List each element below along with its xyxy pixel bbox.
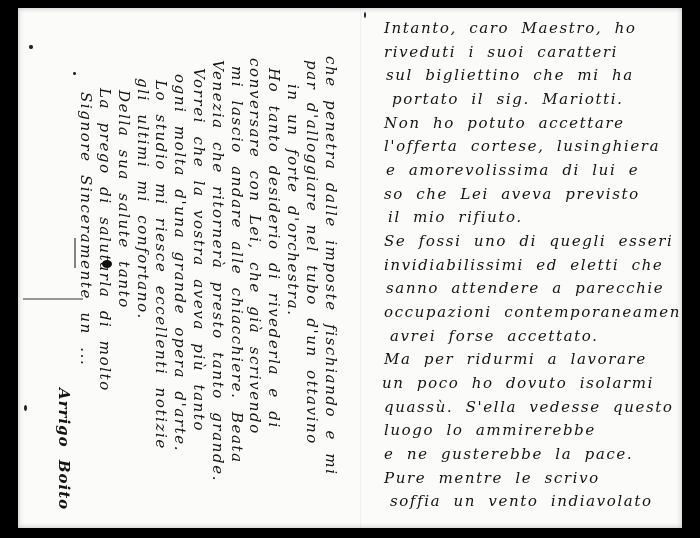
left-line-13: La prego di salutarla di molto — [96, 88, 114, 392]
left-line-12: Della sua salute tanto — [115, 90, 133, 309]
right-line-4: portato il sig. Mariotti. — [392, 90, 624, 108]
left-line-6: mi lascio andare alle chiacchiere. Beata — [228, 66, 246, 464]
left-line-7: Venezia che ritornerà presto tanto grand… — [209, 60, 227, 482]
right-line-12: sanno attendere a parecchie — [386, 279, 664, 297]
right-line-14: avrei forse accettato. — [390, 327, 599, 345]
left-line-1: che penetra dalle imposte fischiando e m… — [322, 56, 340, 476]
left-line-5: conversare con Lei, che già scrivendo — [246, 58, 264, 435]
left-line-11: gli ultimi mi confortano. — [134, 78, 152, 320]
right-line-15: Ma per ridurmi a lavorare — [384, 350, 647, 368]
left-line-3: in un forte d'orchestra. — [284, 84, 302, 317]
right-line-9: il mio rifiuto. — [388, 208, 523, 226]
right-line-21: soffia un vento indiavolato — [390, 492, 653, 510]
right-line-1: Intanto, caro Maestro, ho — [384, 19, 636, 37]
left-line-9: ogni molta d'una grande opera d'arte. — [171, 74, 189, 452]
right-line-8: so che Lei aveva previsto — [384, 185, 640, 203]
right-line-6: l'offerta cortese, lusinghiera — [384, 137, 660, 155]
left-page: che penetra dalle imposte fischiando e m… — [18, 8, 358, 528]
letter-paper: che penetra dalle imposte fischiando e m… — [18, 8, 682, 528]
left-line-2: par d'alloggiare nel tubo d'un ottavino — [303, 60, 321, 445]
left-line-8: Vorrei che la vostra aveva più tanto — [190, 68, 208, 432]
left-line-14: Signore Sinceramente un ... — [77, 92, 95, 366]
right-line-11: invidiabilissimi ed eletti che — [384, 256, 663, 274]
right-line-16: un poco ho dovuto isolarmi — [382, 374, 654, 392]
left-line-4: Ho tanto desiderio di rivederla e di — [265, 68, 283, 429]
left-line-10: Lo studio mi riesce eccellenti notizie — [152, 80, 170, 450]
right-line-2: riveduti i suoi caratteri — [384, 43, 618, 61]
signature: Arrigo Boito — [55, 388, 73, 510]
right-line-18: luogo lo ammirerebbe — [384, 421, 596, 439]
right-line-7: e amorevolissima di lui e — [386, 161, 639, 179]
right-line-20: Pure mentre le scrivo — [384, 469, 600, 487]
right-page: Intanto, caro Maestro, ho riveduti i suo… — [370, 8, 682, 528]
right-line-3: sul bigliettino che mi ha — [386, 66, 634, 84]
right-line-17: quassù. S'ella vedesse questo — [384, 398, 674, 416]
right-line-10: Se fossi uno di quegli esseri — [384, 232, 673, 250]
right-line-5: Non ho potuto accettare — [384, 114, 625, 132]
page-fold — [360, 8, 361, 528]
right-line-13: occupazioni contemporaneamente — [384, 303, 682, 321]
right-line-19: e ne gusterebbe la pace. — [384, 445, 633, 463]
ink-speck — [364, 12, 366, 18]
